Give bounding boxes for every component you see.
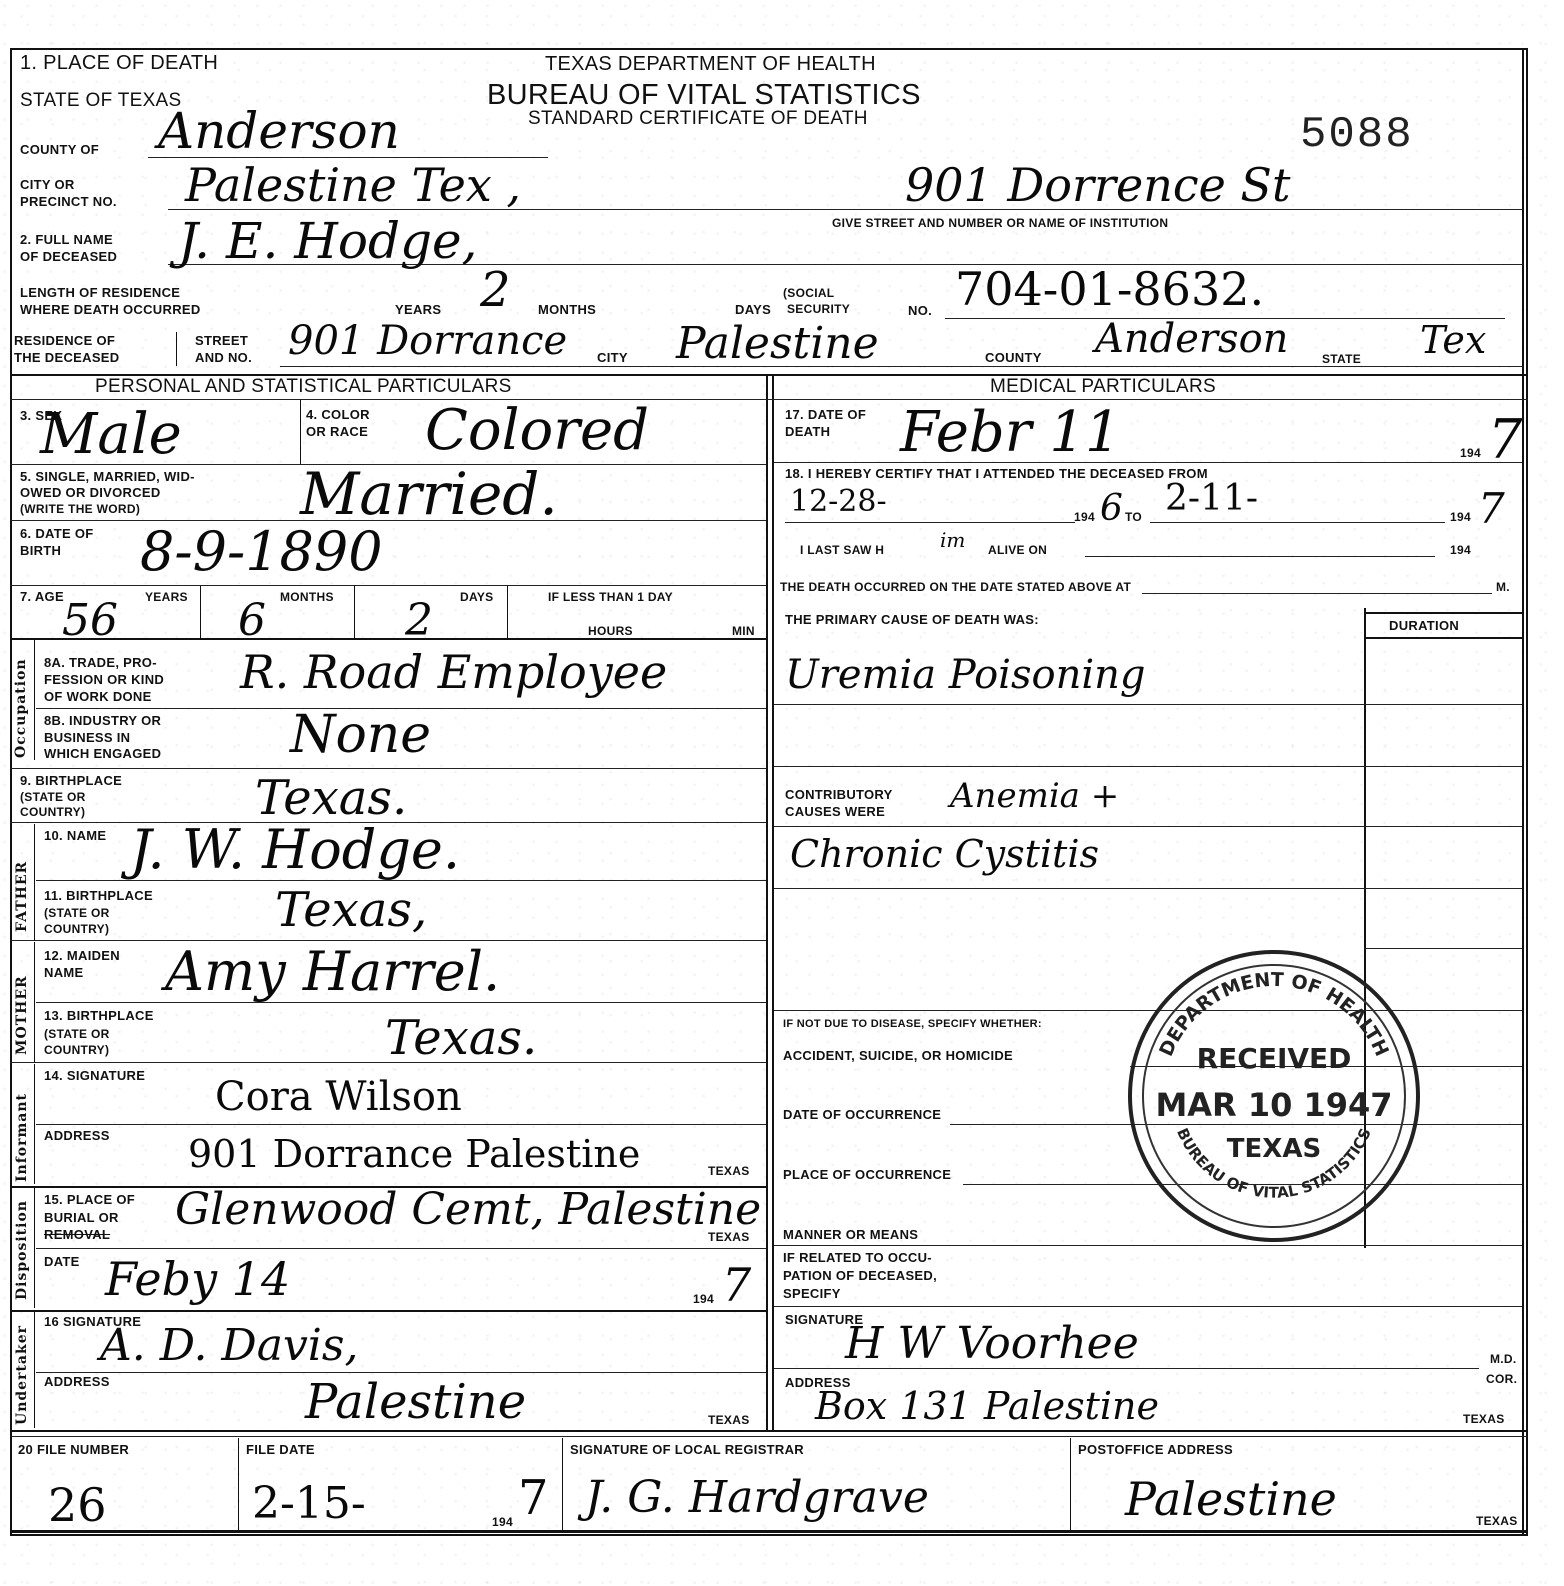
occupation-related-label-3: SPECIFY bbox=[783, 1286, 841, 1301]
disposition-section-label: Disposition bbox=[14, 1195, 30, 1300]
cause-line-3 bbox=[774, 826, 1522, 827]
stamp-state: TEXAS bbox=[1132, 1134, 1416, 1164]
physician-signature-underline bbox=[774, 1368, 1479, 1369]
age-days-label: DAYS bbox=[460, 590, 493, 604]
residence-state-value: Tex bbox=[1420, 318, 1486, 362]
informant-signature-label: 14. SIGNATURE bbox=[44, 1068, 145, 1083]
color-label-2: OR RACE bbox=[306, 424, 368, 439]
father-birthplace-label-2: (STATE OR bbox=[44, 906, 110, 920]
color-value: Colored bbox=[425, 398, 649, 463]
industry-label-1: 8B. INDUSTRY OR bbox=[44, 713, 161, 728]
city-label-1: CITY OR bbox=[20, 177, 75, 192]
row-disposition-bottom bbox=[10, 1310, 766, 1312]
primary-cause-label: THE PRIMARY CAUSE OF DEATH WAS: bbox=[785, 612, 1039, 627]
undertaker-side-divider bbox=[34, 1312, 35, 1428]
informant-signature-value: Cora Wilson bbox=[215, 1074, 462, 1120]
row-13-bottom bbox=[10, 1062, 766, 1063]
received-stamp: DEPARTMENT OF HEALTH BUREAU OF VITAL STA… bbox=[1128, 950, 1420, 1242]
center-divider-2 bbox=[772, 376, 774, 1430]
frame-right-double bbox=[1522, 48, 1524, 1536]
from-year-value: 6 bbox=[1100, 488, 1123, 529]
duration-header-bottom bbox=[1364, 637, 1522, 639]
file-number-value: 26 bbox=[48, 1478, 107, 1532]
father-section-label: FATHER bbox=[14, 842, 30, 932]
certify-label: 18. I HEREBY CERTIFY THAT I ATTENDED THE… bbox=[785, 467, 1208, 481]
street-label-2: AND NO. bbox=[195, 350, 252, 365]
burial-label-2: BURIAL OR bbox=[44, 1210, 119, 1225]
contributory-label-2: CAUSES WERE bbox=[785, 804, 885, 819]
manner-underline bbox=[774, 1245, 1522, 1246]
burial-label-3: REMOVAL bbox=[44, 1227, 110, 1242]
months-value: 2 bbox=[480, 262, 511, 318]
mother-name-label-1: 12. MAIDEN bbox=[44, 948, 120, 963]
accident-label: ACCIDENT, SUICIDE, OR HOMICIDE bbox=[783, 1048, 1013, 1063]
ssn-no-label: NO. bbox=[908, 303, 932, 318]
burial-year-prefix: 194 bbox=[693, 1292, 714, 1306]
residence-street-value: 901 Dorrance bbox=[288, 318, 567, 364]
section-title-underline bbox=[10, 399, 1528, 400]
row-15-bottom bbox=[36, 1248, 766, 1249]
primary-cause-value: Uremia Poisoning bbox=[785, 652, 1146, 698]
industry-label-3: WHICH ENGAGED bbox=[44, 746, 161, 761]
to-year-prefix: 194 bbox=[1450, 510, 1471, 524]
row-5-bottom bbox=[10, 520, 766, 521]
registrar-divider-3 bbox=[1070, 1438, 1071, 1530]
row-7-bottom bbox=[10, 638, 766, 640]
residence-state-label: STATE bbox=[1322, 352, 1361, 366]
contributory-value-1: Anemia + bbox=[950, 776, 1119, 816]
registrar-signature-value: J. G. Hardgrave bbox=[585, 1472, 929, 1523]
last-saw-year-prefix: 194 bbox=[1450, 543, 1471, 557]
marital-label-2: OWED OR DIVORCED bbox=[20, 485, 161, 500]
residence-city-value: Palestine bbox=[676, 318, 879, 369]
death-date-value: Febr 11 bbox=[900, 400, 1121, 465]
duration-header-top bbox=[1364, 612, 1522, 614]
ssn-value: 704-01-8632. bbox=[955, 262, 1264, 316]
certificate-frame bbox=[10, 48, 1528, 1536]
file-year-prefix: 194 bbox=[492, 1515, 513, 1529]
ssn-label-1: (SOCIAL bbox=[783, 286, 834, 300]
trade-label-1: 8A. TRADE, PRO- bbox=[44, 655, 157, 670]
street-hint: GIVE STREET AND NUMBER OR NAME OF INSTIT… bbox=[832, 216, 1168, 230]
less-than-day-label: IF LESS THAN 1 DAY bbox=[548, 590, 673, 604]
age-divider-3 bbox=[507, 586, 508, 638]
residence-length-label-1: LENGTH OF RESIDENCE bbox=[20, 285, 180, 300]
industry-label-2: BUSINESS IN bbox=[44, 730, 130, 745]
burial-date-value: Feby 14 bbox=[105, 1252, 290, 1306]
last-saw-label-2: ALIVE ON bbox=[988, 543, 1047, 557]
not-disease-label: IF NOT DUE TO DISEASE, SPECIFY WHETHER: bbox=[783, 1017, 1042, 1031]
file-year-value: 7 bbox=[518, 1470, 549, 1526]
death-time-label: THE DEATH OCCURRED ON THE DATE STATED AB… bbox=[780, 580, 1131, 594]
physician-signature-value: H W Voorhee bbox=[845, 1318, 1139, 1369]
name-label-1: 2. FULL NAME bbox=[20, 232, 113, 247]
father-name-label: 10. NAME bbox=[44, 828, 106, 843]
burial-year-value: 7 bbox=[722, 1258, 751, 1312]
cause-line-1 bbox=[774, 704, 1522, 705]
father-birthplace-label-1: 11. BIRTHPLACE bbox=[44, 888, 153, 903]
burial-date-label: DATE bbox=[44, 1254, 80, 1269]
trade-label-2: FESSION OR KIND bbox=[44, 672, 164, 687]
informant-section-label: Informant bbox=[14, 1072, 30, 1182]
physician-address-value: Box 131 Palestine bbox=[815, 1384, 1159, 1428]
death-date-label-2: DEATH bbox=[785, 424, 830, 439]
father-side-divider bbox=[34, 824, 35, 940]
age-divider-2 bbox=[354, 586, 355, 638]
city-value: Palestine Tex , bbox=[185, 158, 521, 212]
attended-from-value: 12-28- bbox=[790, 484, 887, 519]
min-label: MIN bbox=[732, 624, 755, 638]
mother-side-divider bbox=[34, 942, 35, 1062]
postoffice-value: Palestine bbox=[1125, 1472, 1337, 1526]
contributory-label-1: CONTRIBUTORY bbox=[785, 787, 893, 802]
agency-title: TEXAS DEPARTMENT OF HEALTH bbox=[545, 56, 876, 73]
age-months-label: MONTHS bbox=[280, 590, 334, 604]
from-underline bbox=[785, 522, 1075, 523]
occurrence-place-label: PLACE OF OCCURRENCE bbox=[783, 1167, 951, 1182]
mother-birthplace-label-1: 13. BIRTHPLACE bbox=[44, 1008, 154, 1023]
to-underline bbox=[1150, 522, 1445, 523]
dob-label-2: BIRTH bbox=[20, 543, 61, 558]
age-years-label: YEARS bbox=[145, 590, 188, 604]
registrar-divider-1 bbox=[238, 1438, 239, 1530]
occupation-related-label-1: IF RELATED TO OCCU- bbox=[783, 1250, 932, 1265]
place-of-death-label: 1. PLACE OF DEATH bbox=[20, 55, 218, 72]
birthplace-label-3: COUNTRY) bbox=[20, 805, 85, 819]
mother-birthplace-value: Texas. bbox=[385, 1010, 537, 1066]
burial-label-1: 15. PLACE OF bbox=[44, 1192, 135, 1207]
informant-address-value: 901 Dorrance Palestine bbox=[188, 1132, 640, 1176]
registrar-top bbox=[10, 1430, 1528, 1432]
row-6-bottom bbox=[10, 585, 766, 586]
hours-label: HOURS bbox=[588, 624, 633, 638]
undertaker-address-label: ADDRESS bbox=[44, 1374, 110, 1389]
cause-line-2 bbox=[774, 766, 1522, 767]
death-date-label-1: 17. DATE OF bbox=[785, 407, 866, 422]
occurrence-date-label: DATE OF OCCURRENCE bbox=[783, 1107, 941, 1122]
city-label-2: PRECINCT NO. bbox=[20, 194, 117, 209]
row-10-bottom bbox=[36, 880, 766, 881]
stamp-date: MAR 10 1947 bbox=[1132, 1086, 1416, 1124]
county-label: COUNTY OF bbox=[20, 142, 99, 157]
residence-divider bbox=[176, 332, 177, 366]
sex-color-divider bbox=[300, 400, 301, 464]
last-saw-underline bbox=[1085, 556, 1435, 557]
postoffice-label: POSTOFFICE ADDRESS bbox=[1078, 1442, 1233, 1457]
duration-label: DURATION bbox=[1389, 618, 1459, 633]
stamp-status: RECEIVED bbox=[1132, 1042, 1416, 1075]
residence-underline bbox=[280, 366, 1523, 367]
birthplace-label-2: (STATE OR bbox=[20, 790, 86, 804]
industry-value: None bbox=[290, 705, 431, 765]
center-divider bbox=[766, 376, 768, 1430]
file-date-label: FILE DATE bbox=[246, 1442, 315, 1457]
row-12-bottom bbox=[36, 1002, 766, 1003]
deceased-name-value: J. E. Hodge, bbox=[178, 212, 477, 270]
row-14-bottom bbox=[36, 1124, 766, 1125]
registrar-top-2 bbox=[10, 1436, 1528, 1437]
row-8b-bottom bbox=[10, 768, 766, 769]
trade-value: R. Road Employee bbox=[240, 645, 667, 699]
occupation-related-label-2: PATION OF DECEASED, bbox=[783, 1268, 937, 1283]
to-year-value: 7 bbox=[1478, 484, 1505, 533]
row-16-bottom bbox=[36, 1372, 766, 1373]
registrar-bottom bbox=[10, 1530, 1528, 1533]
years-label: YEARS bbox=[395, 302, 441, 317]
street-label-1: STREET bbox=[195, 333, 248, 348]
occupation-section-label: Occupation bbox=[13, 648, 29, 758]
cause-line-4 bbox=[774, 888, 1522, 889]
residence-label-2: THE DECEASED bbox=[14, 350, 119, 365]
dob-value: 8-9-1890 bbox=[140, 520, 383, 583]
cor-label: COR. bbox=[1486, 1372, 1517, 1386]
cause-line-5 bbox=[1364, 948, 1522, 949]
bureau-title: BUREAU OF VITAL STATISTICS bbox=[487, 79, 921, 111]
marital-label-3: (WRITE THE WORD) bbox=[20, 502, 140, 516]
undertaker-state-suffix: TEXAS bbox=[708, 1413, 750, 1427]
color-label-1: 4. COLOR bbox=[306, 407, 370, 422]
undertaker-signature-value: A. D. Davis, bbox=[100, 1320, 358, 1371]
file-number-label: 20 FILE NUMBER bbox=[18, 1442, 129, 1457]
row-17-bottom bbox=[774, 462, 1522, 463]
informant-address-label: ADDRESS bbox=[44, 1128, 110, 1143]
days-label: DAYS bbox=[735, 302, 771, 317]
postoffice-state-suffix: TEXAS bbox=[1476, 1514, 1518, 1528]
last-saw-pronoun: im bbox=[940, 528, 965, 552]
father-birthplace-label-3: COUNTRY) bbox=[44, 922, 109, 936]
birthplace-label-1: 9. BIRTHPLACE bbox=[20, 773, 122, 788]
occupation-related-bottom bbox=[774, 1306, 1522, 1307]
to-label: TO bbox=[1125, 510, 1142, 524]
manner-label: MANNER OR MEANS bbox=[783, 1227, 918, 1242]
disposition-side-divider bbox=[34, 1188, 35, 1308]
attended-to-value: 2-11- bbox=[1165, 478, 1258, 519]
informant-side-divider bbox=[34, 1064, 35, 1184]
father-birthplace-value: Texas, bbox=[275, 882, 427, 938]
file-date-value: 2-15- bbox=[252, 1478, 366, 1529]
residence-county-value: Anderson bbox=[1095, 316, 1288, 362]
death-time-underline bbox=[1142, 593, 1492, 594]
occupation-side-divider bbox=[34, 640, 35, 760]
last-saw-label-1: I LAST SAW H bbox=[800, 543, 884, 557]
trade-label-3: OF WORK DONE bbox=[44, 689, 152, 704]
physician-state-suffix: TEXAS bbox=[1463, 1412, 1505, 1426]
mother-birthplace-label-3: COUNTRY) bbox=[44, 1043, 109, 1057]
mother-name-label-2: NAME bbox=[44, 965, 83, 980]
residence-county-label: COUNTY bbox=[985, 350, 1042, 365]
burial-place-value: Glenwood Cemt, Palestine bbox=[175, 1184, 761, 1235]
age-divider-1 bbox=[200, 586, 201, 638]
death-street-value: 901 Dorrence St bbox=[905, 158, 1290, 212]
ssn-label-2: SECURITY bbox=[787, 302, 850, 316]
mother-birthplace-label-2: (STATE OR bbox=[44, 1027, 110, 1041]
from-year-prefix: 194 bbox=[1074, 510, 1095, 524]
sex-value: Male bbox=[40, 402, 182, 467]
informant-state-suffix: TEXAS bbox=[708, 1164, 750, 1178]
mother-section-label: MOTHER bbox=[14, 960, 30, 1055]
burial-state-suffix: TEXAS bbox=[708, 1230, 750, 1244]
death-time-suffix: M. bbox=[1496, 580, 1510, 594]
md-label: M.D. bbox=[1490, 1352, 1517, 1366]
dob-label-1: 6. DATE OF bbox=[20, 526, 94, 541]
residence-city-label: CITY bbox=[597, 350, 628, 365]
mother-name-value: Amy Harrel. bbox=[165, 940, 500, 1003]
medical-section-title: MEDICAL PARTICULARS bbox=[990, 378, 1216, 395]
age-label: 7. AGE bbox=[20, 589, 64, 604]
undertaker-section-label: Undertaker bbox=[14, 1315, 30, 1425]
registrar-divider-2 bbox=[562, 1438, 563, 1530]
months-label: MONTHS bbox=[538, 302, 596, 317]
marital-value: Married. bbox=[300, 460, 558, 528]
certificate-number: 5088 bbox=[1300, 110, 1414, 160]
residence-label-1: RESIDENCE OF bbox=[14, 333, 115, 348]
registrar-signature-label: SIGNATURE OF LOCAL REGISTRAR bbox=[570, 1442, 804, 1457]
form-title: STANDARD CERTIFICATE OF DEATH bbox=[528, 110, 868, 127]
personal-section-title: PERSONAL AND STATISTICAL PARTICULARS bbox=[95, 378, 512, 395]
marital-label-1: 5. SINGLE, MARRIED, WID- bbox=[20, 469, 195, 484]
contributory-value-2: Chronic Cystitis bbox=[790, 832, 1099, 876]
father-name-value: J. W. Hodge. bbox=[130, 818, 460, 881]
residence-length-label-2: WHERE DEATH OCCURRED bbox=[20, 302, 201, 317]
name-label-2: OF DECEASED bbox=[20, 249, 117, 264]
county-value: Anderson bbox=[158, 102, 400, 160]
undertaker-address-value: Palestine bbox=[305, 1374, 526, 1430]
death-year-prefix: 194 bbox=[1460, 446, 1481, 460]
